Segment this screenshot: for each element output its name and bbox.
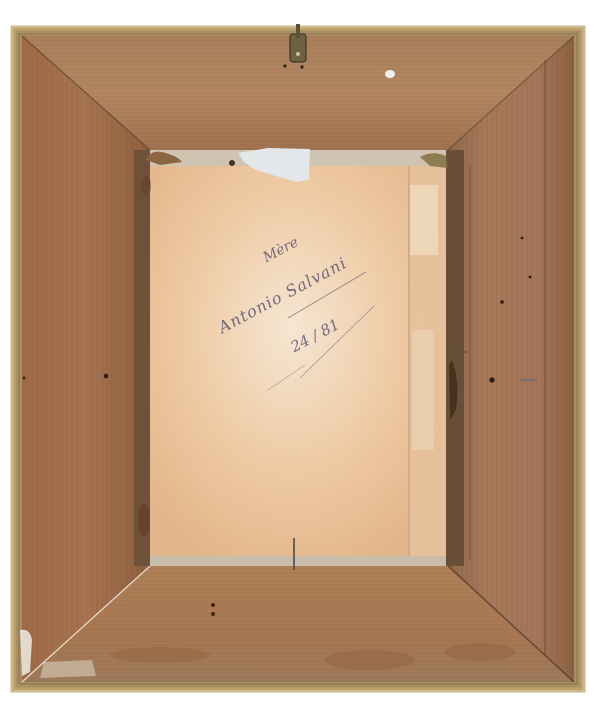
frame-photo: Mère Antonio Salvani 24 / 81	[0, 0, 600, 705]
backing-board	[150, 166, 446, 556]
